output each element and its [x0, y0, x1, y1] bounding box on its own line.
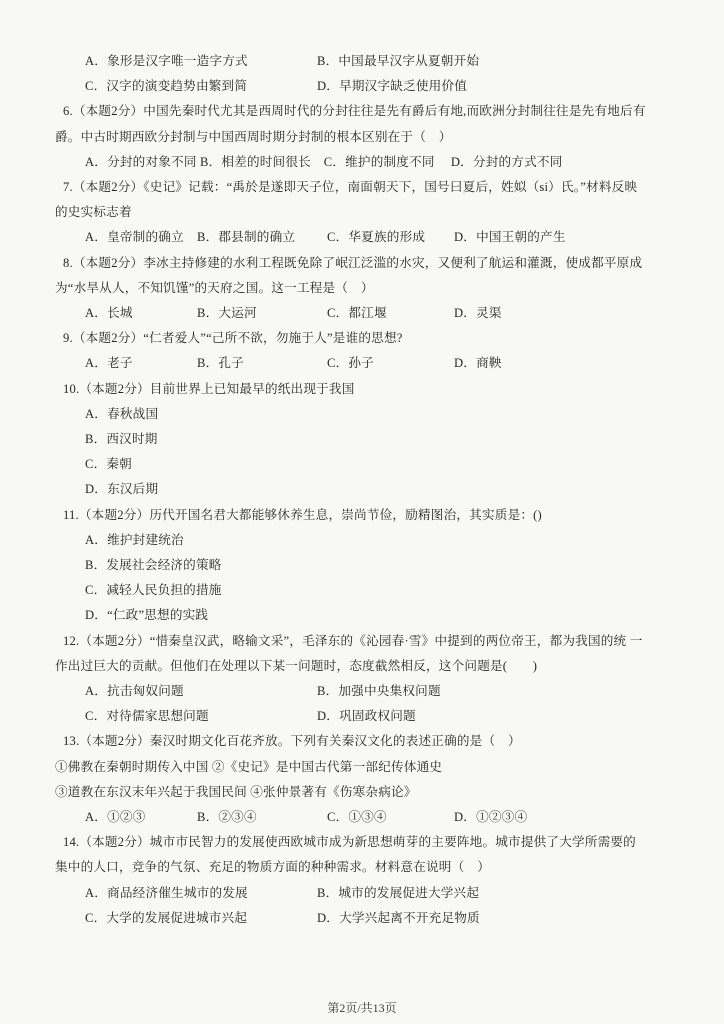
option-cell: C．①③④	[327, 805, 454, 830]
question-14-stem: 14.（本题2分）城市市民智力的发展使西欧城市成为新思想萌芽的主要阵地。城市提供…	[63, 830, 636, 855]
option-cell: C．华夏族的形成	[327, 225, 454, 250]
option-cell: A．象形是汉字唯一造字方式	[85, 49, 317, 74]
option-cell: B．加强中央集权问题	[317, 679, 441, 704]
option-cell: C．汉字的演变趋势由繁到简	[85, 74, 317, 99]
option-cell: B．中国最早汉字从夏朝开始	[317, 49, 479, 74]
question-13-options-row: A．①②③B．②③④C．①③④D．①②③④	[85, 805, 527, 830]
question-11-stem: 11.（本题2分）历代开国名君大都能够休养生息，崇尚节俭，励精图治，其实质是：(…	[63, 503, 542, 528]
page-number: 第2页/共13页	[0, 998, 724, 1018]
question-7-options-row: A．皇帝制的确立B．郡县制的确立C．华夏族的形成D．中国王朝的产生	[85, 225, 566, 250]
option-cell: A．长城	[85, 301, 197, 326]
question-10-option: A．春秋战国	[85, 402, 158, 427]
option-cell: C．孙子	[327, 351, 454, 376]
question-12-options-row: A．抗击匈奴问题B．加强中央集权问题	[85, 679, 441, 704]
question-7-stem: 7.（本题2分）《史记》记载：“禹於是遂即天子位，南面朝天下，国号曰夏后，姓姒（…	[63, 175, 637, 200]
option-cell: D．中国王朝的产生	[454, 225, 566, 250]
question-14-options-row: A．商品经济催生城市的发展B．城市的发展促进大学兴起	[85, 881, 479, 906]
question-11-option: C．减轻人民负担的措施	[85, 578, 222, 603]
option-cell: C．大学的发展促进城市兴起	[85, 906, 317, 931]
question-8-options-row: A．长城B．大运河C．都江堰D．灵渠	[85, 301, 502, 326]
question-9-stem: 9.（本题2分）“仁者爱人”“己所不欲，勿施于人”是谁的思想?	[63, 326, 403, 351]
option-cell: D．大学兴起离不开充足物质	[317, 906, 480, 931]
question-6-stem: 6.（本题2分）中国先秦时代尤其是西周时代的分封往往是先有爵后有地,而欧洲分封制…	[63, 99, 646, 124]
question-12-stem: 12.（本题2分）“惜秦皇汉武，略输文采”，毛泽东的《沁园春·雪》中提到的两位帝…	[63, 629, 643, 654]
question-10-stem: 10.（本题2分）目前世界上已知最早的纸出现于我国	[63, 377, 355, 402]
option-cell: B．大运河	[197, 301, 327, 326]
question-8-stem-continued: 为“水旱从人，不知饥馑”的天府之国。这一工程是（ ）	[55, 276, 374, 301]
question-10-option: B．西汉时期	[85, 427, 158, 452]
option-cell: A．抗击匈奴问题	[85, 679, 317, 704]
option-cell: C．对待儒家思想问题	[85, 704, 317, 729]
question-11-option: D．“仁政”思想的实践	[85, 603, 208, 628]
question-14-options-row: C．大学的发展促进城市兴起D．大学兴起离不开充足物质	[85, 906, 480, 931]
question-7-stem-continued: 的史实标志着	[55, 200, 132, 225]
question-13-stem: 13.（本题2分）秦汉时期文化百花齐放。下列有关秦汉文化的表述正确的是（ ）	[63, 729, 521, 754]
option-cell: D．商鞅	[454, 351, 502, 376]
option-cell: D．①②③④	[454, 805, 527, 830]
question-9-options-row: A．老子B．孔子C．孙子D．商鞅	[85, 351, 502, 376]
question-11-option: B．发展社会经济的策略	[85, 553, 222, 578]
carryover-options-row: C．汉字的演变趋势由繁到简D．早期汉字缺乏使用价值	[85, 74, 467, 99]
exam-document-page: A．象形是汉字唯一造字方式B．中国最早汉字从夏朝开始C．汉字的演变趋势由繁到简D…	[0, 0, 724, 1024]
question-13-item-list: ③道教在东汉末年兴起于我国民间 ④张仲景著有《伤寒杂病论》	[55, 780, 417, 805]
question-10-option: D．东汉后期	[85, 477, 158, 502]
option-cell: A．皇帝制的确立	[85, 225, 197, 250]
option-cell: C．都江堰	[327, 301, 454, 326]
question-10-option: C．秦朝	[85, 452, 132, 477]
question-11-option: A．维护封建统治	[85, 528, 184, 553]
question-13-item-list: ①佛教在秦朝时期传入中国 ②《史记》是中国古代第一部纪传体通史	[55, 755, 442, 780]
option-cell: B．郡县制的确立	[197, 225, 327, 250]
question-6-option: A．分封的对象不同 B．相差的时间很长 C．维护的制度不同 D．分封的方式不同	[85, 150, 562, 175]
option-cell: D．早期汉字缺乏使用价值	[317, 74, 467, 99]
question-8-stem: 8.（本题2分）李冰主持修建的水利工程既免除了岷江泛滥的水灾，又便利了航运和灌溉…	[63, 251, 642, 276]
question-12-options-row: C．对待儒家思想问题D．巩固政权问题	[85, 704, 416, 729]
option-cell: A．①②③	[85, 805, 197, 830]
option-cell: B．城市的发展促进大学兴起	[317, 881, 479, 906]
option-cell: D．巩固政权问题	[317, 704, 416, 729]
option-cell: A．老子	[85, 351, 197, 376]
option-cell: B．②③④	[197, 805, 327, 830]
question-12-stem-continued: 作出过巨大的贡献。但他们在处理以下某一问题时，态度截然相反，这个问题是( )	[55, 654, 537, 679]
option-cell: A．商品经济催生城市的发展	[85, 881, 317, 906]
carryover-options-row: A．象形是汉字唯一造字方式B．中国最早汉字从夏朝开始	[85, 49, 479, 74]
question-6-stem-continued: 爵。中古时期西欧分封制与中国西周时期分封制的根本区别在于（ ）	[55, 125, 452, 150]
option-cell: B．孔子	[197, 351, 327, 376]
option-cell: D．灵渠	[454, 301, 502, 326]
question-14-stem-continued: 集中的人口，竞争的气氛、充足的物质方面的种种需求。材料意在说明（ ）	[55, 855, 490, 880]
